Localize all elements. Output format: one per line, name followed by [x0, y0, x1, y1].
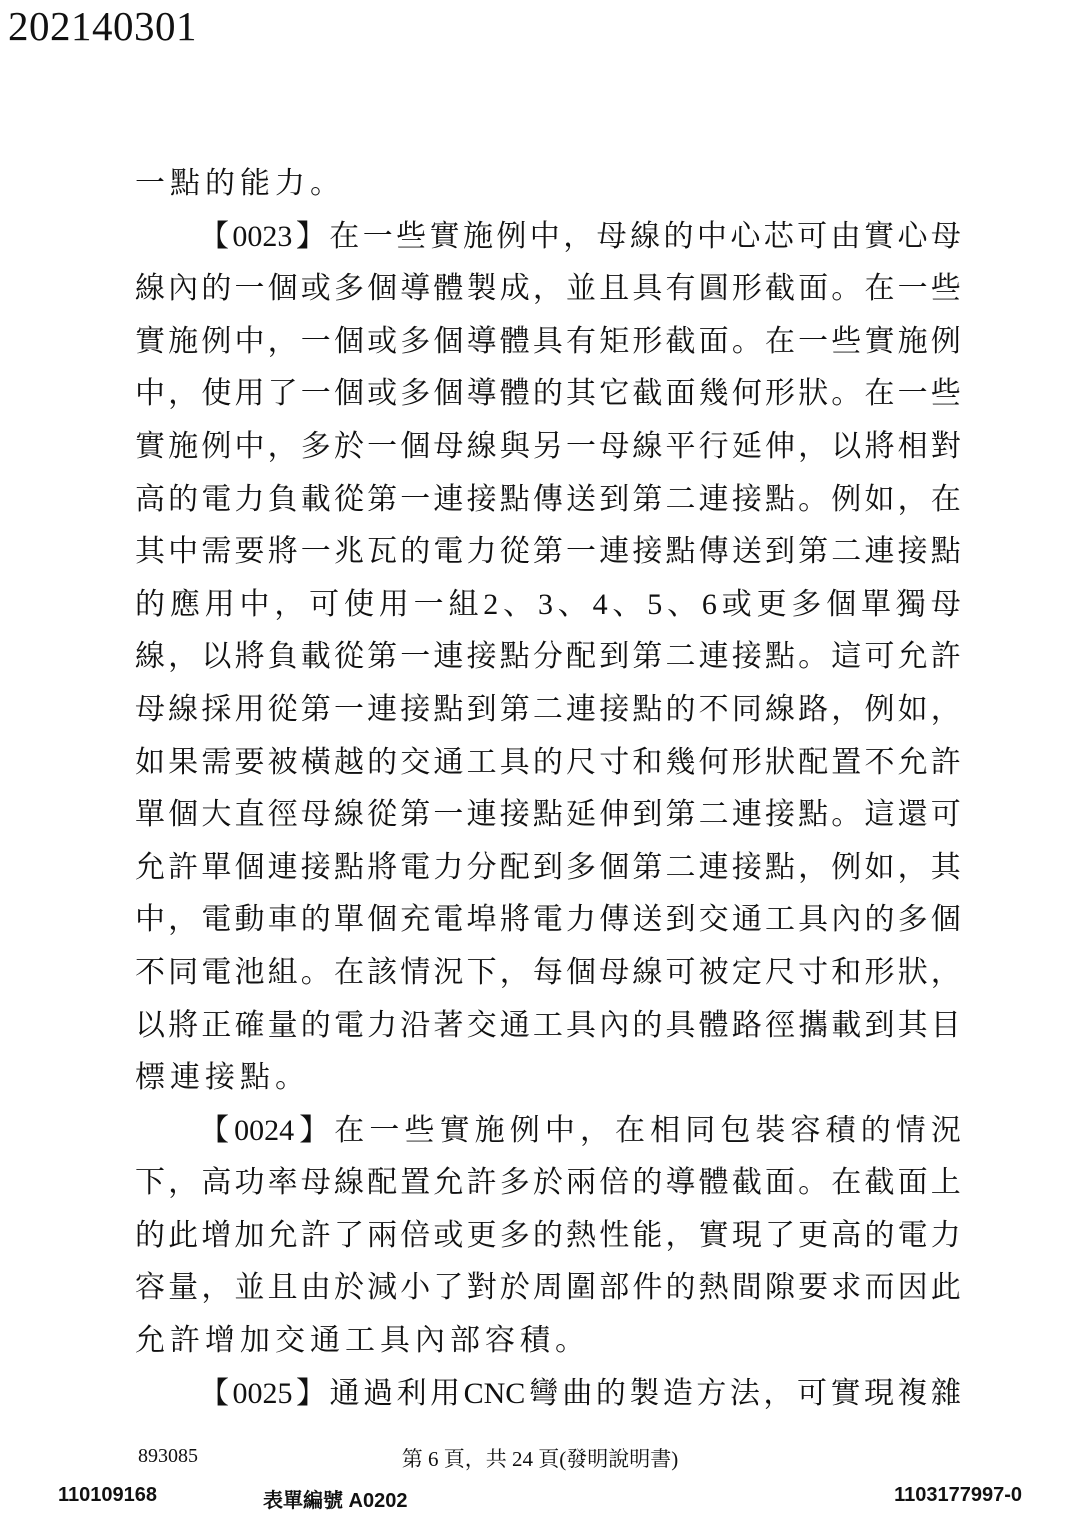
text-line: 線內的一個或多個導體製成，並且具有圓形截面。在一些	[135, 263, 961, 316]
footer-bottom-row: 110109168 表單編號 A0202 1103177997-0	[0, 1484, 1080, 1510]
footer-page-indicator: 第 6 頁，共 24 頁(發明說明書)	[0, 1443, 1080, 1473]
text-line: 如果需要被橫越的交通工具的尺寸和幾何形狀配置不允許	[135, 737, 961, 790]
text-line: 實施例中，多於一個母線與另一母線平行延伸，以將相對	[135, 421, 961, 474]
footer-form-number: 表單編號 A0202	[263, 1484, 408, 1513]
footer-doc-number: 1103177997-0	[894, 1484, 1022, 1507]
text-line: 標連接點。	[135, 1052, 961, 1105]
text-line: 允許增加交通工具內部容積。	[135, 1315, 961, 1368]
text-line: 容量，並且由於減小了對於周圍部件的熱間隙要求而因此	[135, 1262, 961, 1315]
patent-document-page: 202140301 一點的能力。【0023】在一些實施例中，母線的中心芯可由實心…	[0, 0, 1080, 1526]
text-line: 實施例中，一個或多個導體具有矩形截面。在一些實施例	[135, 316, 961, 369]
body-text: 一點的能力。【0023】在一些實施例中，母線的中心芯可由實心母線內的一個或多個導…	[135, 158, 961, 1420]
text-line: 的此增加允許了兩倍或更多的熱性能，實現了更高的電力	[135, 1210, 961, 1263]
text-line: 允許單個連接點將電力分配到多個第二連接點，例如，其	[135, 842, 961, 895]
text-line: 一點的能力。	[135, 158, 961, 211]
text-line: 單個大直徑母線從第一連接點延伸到第二連接點。這還可	[135, 789, 961, 842]
text-line: 母線採用從第一連接點到第二連接點的不同線路，例如，	[135, 684, 961, 737]
text-line: 【0025】通過利用CNC彎曲的製造方法，可實現複雜	[135, 1368, 961, 1421]
text-line: 其中需要將一兆瓦的電力從第一連接點傳送到第二連接點	[135, 526, 961, 579]
text-line: 下，高功率母線配置允許多於兩倍的導體截面。在截面上	[135, 1157, 961, 1210]
footer-application-number: 110109168	[58, 1484, 157, 1507]
text-line: 線，以將負載從第一連接點分配到第二連接點。這可允許	[135, 631, 961, 684]
text-line: 的應用中，可使用一組2、3、4、5、6或更多個單獨母	[135, 579, 961, 632]
text-line: 不同電池組。在該情況下，每個母線可被定尺寸和形狀，	[135, 947, 961, 1000]
text-line: 【0023】在一些實施例中，母線的中心芯可由實心母	[135, 211, 961, 264]
text-line: 中，電動車的單個充電埠將電力傳送到交通工具內的多個	[135, 894, 961, 947]
text-line: 以將正確量的電力沿著交通工具內的具體路徑攜載到其目	[135, 1000, 961, 1053]
text-line: 高的電力負載從第一連接點傳送到第二連接點。例如，在	[135, 474, 961, 527]
text-line: 【0024】在一些實施例中，在相同包裝容積的情況	[135, 1105, 961, 1158]
publication-number: 202140301	[8, 2, 197, 50]
text-line: 中，使用了一個或多個導體的其它截面幾何形狀。在一些	[135, 368, 961, 421]
